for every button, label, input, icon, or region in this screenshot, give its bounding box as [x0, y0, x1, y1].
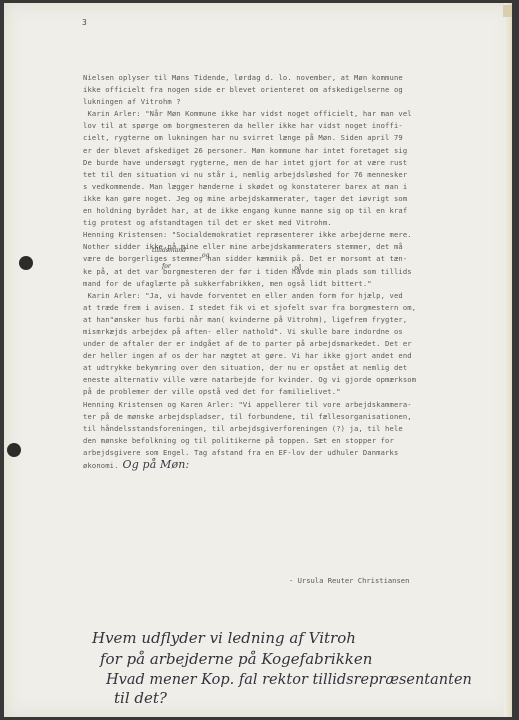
- typed-line-text: De burde have undersøgt rygterne, men de…: [83, 158, 407, 167]
- typed-line: den mønske befolkning og til politikerne…: [83, 435, 513, 447]
- document-page: 3 Nielsen oplyser til Møns Tidende, lørd…: [4, 3, 512, 717]
- typed-line-text: ke på, at det var borgmesteren der før i…: [83, 267, 412, 276]
- punch-hole-icon: [19, 256, 33, 270]
- typed-line-text: at træde frem i avisen. I stedet fik vi …: [83, 303, 416, 312]
- typed-line: Karin Arler: "Når Møn Kommune ikke har v…: [83, 108, 513, 120]
- inline-handwritten-text: Og på Møn:: [123, 458, 190, 471]
- handwritten-note-line: for på arbejderne på Kogefabrikken: [92, 649, 512, 670]
- typed-line-text: Nielsen oplyser til Møns Tidende, lørdag…: [83, 73, 403, 82]
- page-number: 3: [82, 18, 87, 27]
- typed-line: Henning Kristensen: "Socialdemokratiet r…: [83, 229, 513, 241]
- handwritten-correction: for: [162, 263, 171, 270]
- typed-line-text: lov til at spørge om borgmesteren da hel…: [83, 121, 403, 130]
- typed-line-text: Karin Arler: "Når Møn Kommune ikke har v…: [83, 109, 412, 118]
- typed-line-text: den mønske befolkning og til politikerne…: [83, 436, 394, 445]
- typed-line-text: ikke kan gøre noget. Jeg og mine arbejds…: [83, 194, 407, 203]
- handwritten-correction: og: [202, 252, 209, 259]
- typed-line: mismrkæjds arbejdex på aften- eller nath…: [83, 326, 513, 338]
- typed-line: Karin Arler: "Ja, vi havde forventet en …: [83, 290, 513, 302]
- typed-line-text: økonomi.: [83, 461, 119, 470]
- typed-line: er der blevet afskediget 26 personer. Mø…: [83, 145, 513, 157]
- typed-line-text: eneste alternativ ville være natarbejde …: [83, 375, 416, 384]
- typed-line: ter på de mønske arbejdspladser, til for…: [83, 411, 513, 423]
- typed-line-text: til håndelsstandsforeningen, til arbejds…: [83, 424, 403, 433]
- handwritten-correction: på: [294, 265, 301, 272]
- typed-line-text: lukningen af Vitrohm ?: [83, 97, 181, 106]
- handwritten-notes: Hvem udflyder vi ledning af Vitroh for p…: [92, 628, 512, 705]
- handwritten-note-line: Hvem udflyder vi ledning af Vitroh: [92, 628, 512, 649]
- typed-line-text: mismrkæjds arbejdex på aften- eller nath…: [83, 327, 403, 336]
- typed-line: at udtrykke bekymring over den situation…: [83, 362, 513, 374]
- typed-line-text: være de borgerliges stemmer han sidder k…: [83, 254, 407, 263]
- typed-line: en holdning byrådet har, at de ikke enga…: [83, 205, 513, 217]
- typed-line-text: under de aftaler der er indgået af de to…: [83, 339, 412, 348]
- typed-line: eneste alternativ ville være natarbejde …: [83, 374, 513, 386]
- typed-line: der heller ingen af os der har nægtet at…: [83, 350, 513, 362]
- typed-line: ikke officielt fra nogen side er blevet …: [83, 84, 513, 96]
- typed-line: Nother sidder ikke på mine eller mine ar…: [83, 241, 513, 253]
- typed-line-text: tig protest og afstandtagen til det er s…: [83, 218, 332, 227]
- typed-line: lov til at spørge om borgmesteren da hel…: [83, 120, 513, 132]
- typed-line-text: Karin Arler: "Ja, vi havde forventet en …: [83, 291, 403, 300]
- handwritten-note-line: Hvad mener Kop. fal rektor tillidsrepræs…: [92, 670, 512, 691]
- typed-line-text: er der blevet afskediget 26 personer. Mø…: [83, 146, 407, 155]
- handwritten-note-line: til det?: [92, 691, 512, 705]
- typed-line-text: s vedkommende. Man lægger hænderne i skø…: [83, 182, 407, 191]
- typed-line: s vedkommende. Man lægger hænderne i skø…: [83, 181, 513, 193]
- typed-line-text: at han"ønsker hus forbi når man( kvinder…: [83, 315, 407, 324]
- typed-line: til håndelsstandsforeningen, til arbejds…: [83, 423, 513, 435]
- typed-line-text: mand for de ufaglærte på sukkerfabrikken…: [83, 279, 372, 288]
- typed-line: mand for de ufaglærte på sukkerfabrikken…: [83, 278, 513, 290]
- typed-line: tig protest og afstandtagen til det er s…: [83, 217, 513, 229]
- typed-line: på de problemer der ville opstå ved det …: [83, 386, 513, 398]
- typed-line: Nielsen oplyser til Møns Tidende, lørdag…: [83, 72, 513, 84]
- typed-line-text: ter på de mønske arbejdspladser, til for…: [83, 412, 412, 421]
- typed-line: under de aftaler der er indgået af de to…: [83, 338, 513, 350]
- typed-line: økonomi.Og på Møn:: [83, 459, 513, 471]
- typed-line-text: arbejdsgivere som Engel. Tag afstand fra…: [83, 448, 398, 457]
- typed-line-text: ikke officielt fra nogen side er blevet …: [83, 85, 403, 94]
- typed-line: at træde frem i avisen. I stedet fik vi …: [83, 302, 513, 314]
- typed-line: lukningen af Vitrohm ?: [83, 96, 513, 108]
- typed-line-text: Nother sidder ikke på mine eller mine ar…: [83, 242, 403, 251]
- typed-line-text: at udtrykke bekymring over den situation…: [83, 363, 407, 372]
- typed-line: Henning Kristensen og Karen Arler: "Vi a…: [83, 399, 513, 411]
- typed-line-text: på de problemer der ville opstå ved det …: [83, 387, 341, 396]
- typed-line: tet til den situation vi nu står i, neml…: [83, 169, 513, 181]
- typed-line: De burde have undersøgt rygterne, men de…: [83, 157, 513, 169]
- punch-hole-icon: [7, 443, 21, 457]
- typed-line: cielt, rygterne om lukningen har nu svir…: [83, 132, 513, 144]
- typed-line-text: Henning Kristensen og Karen Arler: "Vi a…: [83, 400, 412, 409]
- typed-line: være de borgerliges stemmer han sidder k…: [83, 253, 513, 265]
- typed-line-text: en holdning byrådet har, at de ikke enga…: [83, 206, 407, 215]
- handwritten-correction: tillidsmand: [152, 247, 186, 254]
- typed-line: ikke kan gøre noget. Jeg og mine arbejds…: [83, 193, 513, 205]
- typed-line: at han"ønsker hus forbi når man( kvinder…: [83, 314, 513, 326]
- typed-line-text: der heller ingen af os der har nægtet at…: [83, 351, 412, 360]
- signature: - Ursula Reuter Christiansen: [289, 576, 409, 585]
- typed-line-text: Henning Kristensen: "Socialdemokratiet r…: [83, 230, 412, 239]
- typed-line-text: tet til den situation vi nu står i, neml…: [83, 170, 407, 179]
- page-corner-tab: [503, 5, 512, 17]
- typed-line-text: cielt, rygterne om lukningen har nu svir…: [83, 133, 403, 142]
